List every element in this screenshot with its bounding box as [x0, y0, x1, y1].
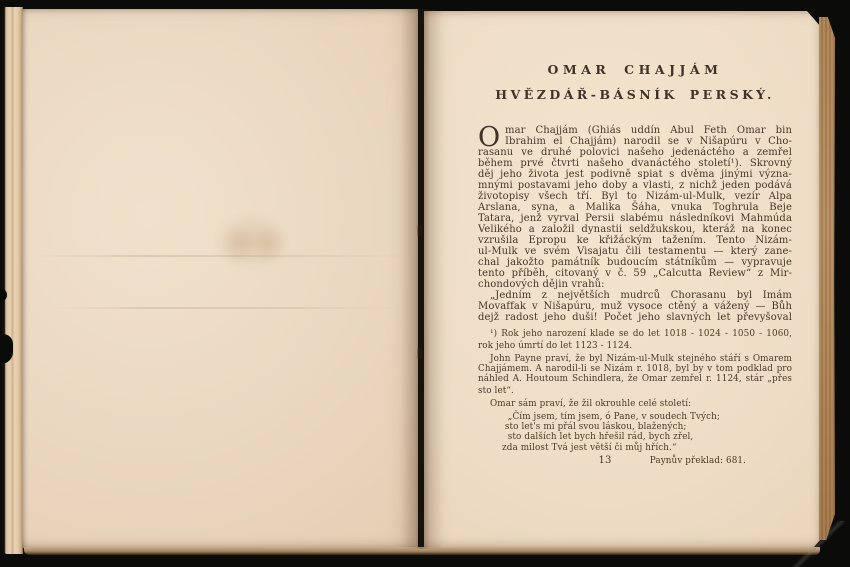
- paragraph-1-opening: O mar Chajjám (Ghiás uddín Abul Feth Oma…: [478, 125, 792, 147]
- text-line: Velikého a založil dynastii seldžukskou,…: [478, 224, 792, 235]
- paragraph-2: „Jedním z největších mudrců Chorasanu by…: [478, 290, 792, 323]
- left-page-blank: [22, 9, 418, 549]
- text-line: mar Chajjám (Ghiás uddín Abul Feth Omar …: [505, 125, 792, 136]
- text-line: tento příběh, citovaný v č. 59 „Calcutta…: [478, 268, 792, 279]
- text-line: Tatara, jenž vyrval Persii slabému násle…: [478, 213, 792, 224]
- text-line: Chajjámem. A narodil-li se Nizám r. 1018…: [478, 364, 792, 374]
- text-line: Movaffak v Nišapúru, muž vysoce ctěný a …: [478, 301, 792, 312]
- footnote-1: ¹) Rok jeho narození klade se do let 101…: [478, 329, 792, 339]
- ornament-showthrough: [192, 199, 312, 299]
- verse-quatrain: „Čím jsem, tím jsem, ó Pane, v soudech T…: [502, 412, 792, 453]
- text-line: sto let's mi přál svou láskou, blažených…: [502, 422, 792, 432]
- right-page: OMAR CHAJJÁM HVĚZDÁŘ-BÁSNÍK PERSKÝ. O ma…: [424, 11, 821, 548]
- text-line: rasanu ve druhé polovici našeho jedenáct…: [478, 147, 792, 158]
- text-line: náhled A. Houtoum Schindlera, že Omar ze…: [478, 374, 792, 384]
- binding-stitch: [417, 348, 422, 359]
- text-line: vzrušila Epropu ke křižáckým tažením. Te…: [478, 235, 792, 246]
- binding-stitch: [417, 225, 422, 236]
- page-number: 13: [448, 455, 762, 466]
- footnote-2: John Payne praví, že byl Nizám-ul-Mulk s…: [478, 354, 792, 385]
- text-line: John Payne praví, že byl Nizám-ul-Mulk s…: [478, 354, 792, 364]
- text-line: Ibrahim el Chajjám) narodil se v Nišapúr…: [505, 136, 792, 147]
- book-bottom-edge: [24, 547, 820, 555]
- text-line: sto dalších let bych hřešil rád, bych zř…: [502, 432, 792, 442]
- footnote-2-last-line: sto let“.: [478, 386, 792, 396]
- paragraph-1-first-lines: mar Chajjám (Ghiás uddín Abul Feth Omar …: [505, 125, 792, 147]
- chapter-subtitle: HVĚZDÁŘ-BÁSNÍK PERSKÝ.: [478, 87, 792, 103]
- text-line: zda milost Tvá jest větší či můj hřích.“: [502, 443, 792, 453]
- text-line: Arslana, syna, a Malika Šáha, vnuka Togh…: [478, 202, 792, 213]
- text-line: mnými postavami jeho doby a vlasti, z ni…: [478, 180, 792, 191]
- footnote-1-last-line: rok jeho úmrtí do let 1123 - 1124.: [478, 341, 792, 351]
- paper-crease: [32, 255, 412, 257]
- text-line: „Čím jsem, tím jsem, ó Pane, v soudech T…: [502, 412, 792, 422]
- chapter-title: OMAR CHAJJÁM: [478, 11, 792, 78]
- text-line: životopisy všech tří. Byl to Nizám-ul-Mu…: [478, 191, 792, 202]
- text-line: chal jakožto památník budoucím státníkům…: [478, 257, 792, 268]
- text-line: ¹) Rok jeho narození klade se do let 101…: [478, 329, 792, 339]
- text-line: děj jeho života jest podivně spiat s dvě…: [478, 169, 792, 180]
- book-photo: OMAR CHAJJÁM HVĚZDÁŘ-BÁSNÍK PERSKÝ. O ma…: [0, 0, 850, 567]
- text-line: „Jedním z největších mudrců Chorasanu by…: [478, 290, 792, 301]
- text-line: dejž radost jeho duši! Počet jeho slavný…: [478, 312, 792, 323]
- paper-crease: [52, 307, 402, 309]
- dropcap-letter: O: [478, 127, 500, 149]
- paragraph-1-body: rasanu ve druhé polovici našeho jedenáct…: [478, 147, 792, 279]
- paragraph-1-last-line: chondových dějin vrahů:: [478, 279, 792, 290]
- footnote-3: Omar sám praví, že žil okrouhle celé sto…: [478, 399, 792, 409]
- text-column: OMAR CHAJJÁM HVĚZDÁŘ-BÁSNÍK PERSKÝ. O ma…: [478, 11, 792, 466]
- background-glint: [790, 521, 850, 567]
- text-line: ul-Mulk ve svém Visajatu čili testamentu…: [478, 246, 792, 257]
- book-fore-edge: [819, 17, 835, 540]
- left-page-stack-edges: [2, 7, 23, 554]
- text-line: během prvé čtvrti našeho dvanáctého stol…: [478, 158, 792, 169]
